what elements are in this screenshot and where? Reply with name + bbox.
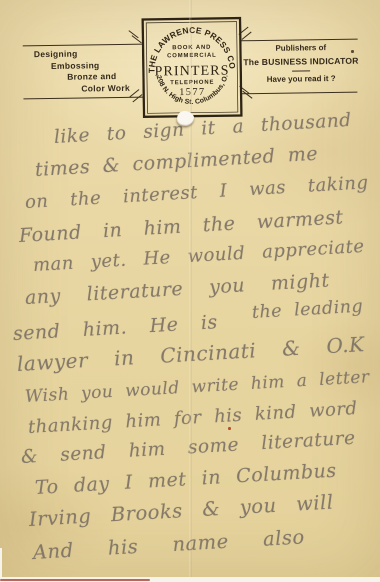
tagline: Have you read it ? — [240, 74, 362, 85]
handwritten-line: And his name also — [32, 525, 305, 564]
services-list: Designing Embossing Bronze and Color Wor… — [34, 48, 130, 95]
ruled-line — [240, 39, 358, 42]
service-item: Bronze and — [67, 71, 130, 83]
handwritten-line: times & complimented me — [34, 143, 307, 181]
scan-edge-line — [0, 579, 150, 581]
divider-dash — [292, 70, 310, 71]
letter-scan: Designing Embossing Bronze and Color Wor… — [0, 0, 380, 582]
emblem-telephone-number: 1577 — [179, 87, 206, 98]
emblem-telephone-label: TELEPHONE — [170, 80, 214, 87]
fold-crease — [189, 0, 192, 582]
ruled-line — [23, 44, 143, 47]
publication-name: The BUSINESS INDICATOR — [240, 56, 362, 68]
publishers-of-label: Publishers of — [240, 43, 362, 54]
service-item: Color Work — [81, 82, 130, 94]
ruled-line — [240, 92, 357, 95]
ruled-line — [23, 97, 143, 100]
publisher-block: Publishers of The BUSINESS INDICATOR Hav… — [240, 43, 363, 85]
emblem-printers: PRINTERS — [155, 63, 230, 79]
paper-speck — [351, 50, 354, 53]
scan-edge — [0, 548, 2, 582]
handwritten-line: the leading — [251, 297, 362, 323]
handwritten-line: send him. He is — [12, 311, 218, 345]
emblem-seal: THE LAWRENCE PRESS CO. BOOK AND COMMERCI… — [141, 16, 242, 118]
paper-speck — [228, 427, 231, 430]
